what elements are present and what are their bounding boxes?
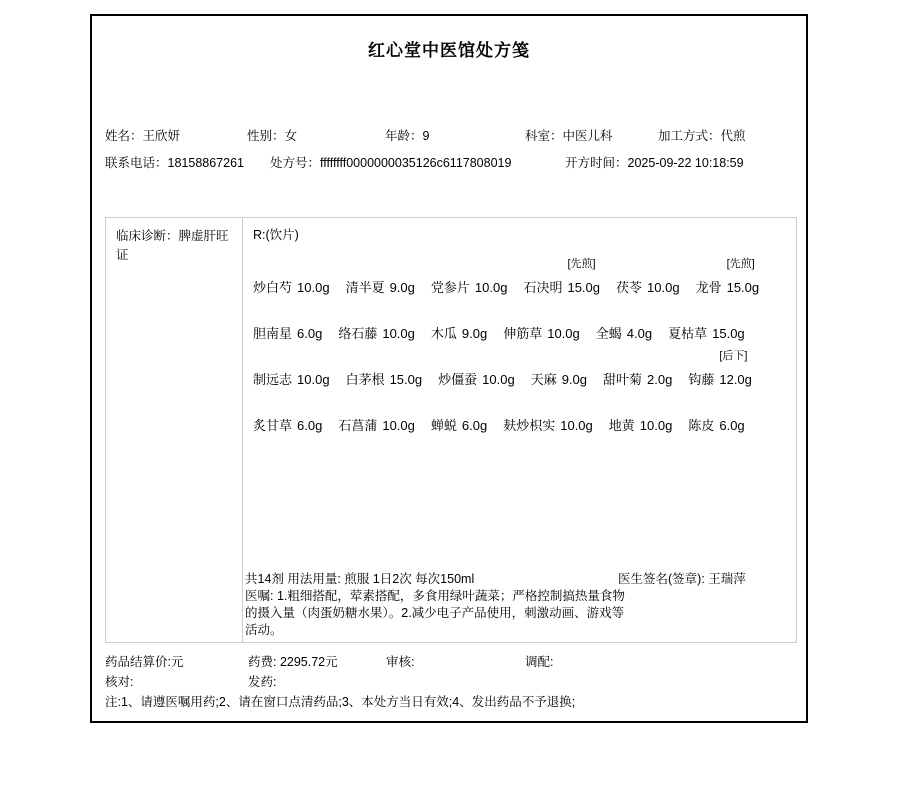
- herb-item: 陈皮6.0g: [688, 395, 744, 434]
- herb-note: [390, 349, 423, 363]
- herb-note: [297, 303, 322, 317]
- issue-time-value: 2025-09-22 10:18:59: [628, 156, 744, 170]
- rx-number-field: 处方号：ffffffff0000000035126c6117808019: [270, 153, 511, 171]
- herb-weight: 6.0g: [297, 417, 322, 434]
- herb-item: 全蝎4.0g: [596, 303, 652, 342]
- herb-note: [627, 303, 652, 317]
- herb-note: [297, 395, 322, 409]
- herb-note: [462, 395, 487, 409]
- herb-item: 胆南星6.0g: [253, 303, 322, 342]
- herb-name: 钩藤: [688, 371, 714, 388]
- herb-weight: 9.0g: [462, 325, 487, 342]
- herb-name: 胆南星: [253, 325, 292, 342]
- patient-age-label: 年龄：: [385, 129, 423, 143]
- herb-weight: 15.0g: [712, 325, 745, 342]
- phone-field: 联系电话：18158867261: [105, 153, 244, 171]
- herb-name: 甜叶菊: [603, 371, 642, 388]
- herb-weight: 10.0g: [297, 371, 330, 388]
- patient-gender-label: 性别：: [247, 129, 285, 143]
- herb-name: 清半夏: [346, 279, 385, 296]
- phone-label: 联系电话：: [105, 156, 168, 170]
- rx-number-label: 处方号：: [270, 156, 320, 170]
- herb-weight: 10.0g: [475, 279, 508, 296]
- prescription-sheet: 红心堂中医馆处方笺 姓名：王欣妍 性别：女 年龄：9 科室：中医儿科 加工方式：…: [90, 14, 808, 723]
- herb-note: [647, 257, 680, 271]
- issue-time-field: 开方时间：2025-09-22 10:18:59: [565, 153, 744, 171]
- processing-method-value: 代煎: [721, 129, 746, 143]
- herb-row: 胆南星6.0g 络石藤10.0g 木瓜9.0g 伸筋草10.0g 全蝎4.0g …: [253, 303, 796, 342]
- herb-name: 陈皮: [688, 417, 714, 434]
- herb-weight: 10.0g: [297, 279, 330, 296]
- review-field: 审核:: [386, 652, 414, 670]
- patient-gender-field: 性别：女: [247, 126, 297, 144]
- patient-gender-value: 女: [285, 129, 298, 143]
- herb-item: 地黄10.0g: [609, 395, 673, 434]
- herb-item: 蝉蜕6.0g: [431, 395, 487, 434]
- herb-weight: 15.0g: [567, 279, 600, 296]
- medical-advice: 医嘱: 1.粗细搭配，荤素搭配，多食用绿叶蔬菜；严格控制搞热量食物的摄入量（肉蛋…: [245, 588, 632, 639]
- herb-item: 炒白芍10.0g: [253, 257, 330, 296]
- herb-note: [482, 349, 515, 363]
- herb-weight: 6.0g: [297, 325, 322, 342]
- phone-value: 18158867261: [168, 156, 244, 170]
- herb-weight: 2.0g: [647, 371, 672, 388]
- issue-time-label: 开方时间：: [565, 156, 628, 170]
- settlement-price-field: 药品结算价:元: [105, 652, 183, 670]
- department-field: 科室：中医儿科: [525, 126, 613, 144]
- herb-weight: 10.0g: [647, 279, 680, 296]
- dispense-field: 调配:: [525, 652, 553, 670]
- herb-note: [712, 303, 745, 317]
- herb-note: [562, 349, 587, 363]
- herb-weight: 10.0g: [382, 417, 415, 434]
- doctor-signature: 医生签名(签章): 王瑞萍: [618, 571, 746, 588]
- herb-note: [297, 257, 330, 271]
- herb-note: [462, 303, 487, 317]
- herb-weight: 10.0g: [560, 417, 593, 434]
- herb-item: 木瓜9.0g: [431, 303, 487, 342]
- herb-weight: 9.0g: [390, 279, 415, 296]
- herb-item: 络石藤10.0g: [338, 303, 415, 342]
- page-title: 红心堂中医馆处方笺: [92, 36, 806, 61]
- herb-name: 石决明: [523, 279, 562, 296]
- herb-note: [390, 257, 415, 271]
- processing-method-label: 加工方式：: [658, 129, 721, 143]
- herb-weight: 10.0g: [482, 371, 515, 388]
- herb-name: 麸炒枳实: [503, 417, 555, 434]
- herb-weight: 6.0g: [462, 417, 487, 434]
- herb-item: 天麻9.0g: [531, 349, 587, 388]
- herb-name: 夏枯草: [668, 325, 707, 342]
- herb-item: 伸筋草10.0g: [503, 303, 580, 342]
- herb-row: 炙甘草6.0g 石菖蒲10.0g 蝉蜕6.0g 麸炒枳实10.0g 地黄10.0…: [253, 395, 796, 434]
- herb-weight: 10.0g: [640, 417, 673, 434]
- herb-note: [640, 395, 673, 409]
- herb-name: 茯苓: [616, 279, 642, 296]
- department-label: 科室：: [525, 129, 563, 143]
- prescription-table: 临床诊断：脾虚肝旺证 R:(饮片) 炒白芍10.0g 清半夏9.0g 党参片10…: [105, 217, 797, 643]
- herb-item: 夏枯草15.0g: [668, 303, 745, 342]
- herb-item: 炒僵蚕10.0g: [438, 349, 515, 388]
- herb-weight: 9.0g: [562, 371, 587, 388]
- department-value: 中医儿科: [563, 129, 613, 143]
- herb-name: 炒白芍: [253, 279, 292, 296]
- patient-age-field: 年龄：9: [385, 126, 429, 144]
- herb-item: 制远志10.0g: [253, 349, 330, 388]
- rx-header: R:(饮片): [253, 226, 796, 244]
- patient-age-value: 9: [423, 129, 430, 143]
- herb-name: 党参片: [431, 279, 470, 296]
- herb-name: 络石藤: [338, 325, 377, 342]
- herb-weight: 15.0g: [390, 371, 423, 388]
- herb-row: 制远志10.0g 白茅根15.0g 炒僵蚕10.0g 天麻9.0g 甜叶菊2.0…: [253, 349, 796, 388]
- herb-name: 木瓜: [431, 325, 457, 342]
- footer-note: 注:1、请遵医嘱用药;2、请在窗口点清药品;3、本处方当日有效;4、发出药品不予…: [105, 692, 575, 710]
- herb-item: 甜叶菊2.0g: [603, 349, 672, 388]
- dose-line: 共14剂 用法用量: 煎服 1日2次 每次150ml: [245, 572, 474, 586]
- herb-weight: 10.0g: [382, 325, 415, 342]
- patient-name-label: 姓名：: [105, 129, 143, 143]
- herb-weight: 12.0g: [719, 371, 752, 388]
- herb-name: 制远志: [253, 371, 292, 388]
- herb-note: [719, 395, 744, 409]
- herb-weight: 6.0g: [719, 417, 744, 434]
- herb-decoction-note: [先煎]: [727, 257, 760, 271]
- herb-item: 石菖蒲10.0g: [338, 395, 415, 434]
- herb-name: 天麻: [531, 371, 557, 388]
- herb-note: [297, 349, 330, 363]
- clinical-diagnosis: 临床诊断：脾虚肝旺证: [106, 218, 243, 642]
- herb-note: [560, 395, 593, 409]
- herb-note: [382, 395, 415, 409]
- herb-note: [547, 303, 580, 317]
- herb-name: 蝉蜕: [431, 417, 457, 434]
- herb-name: 白茅根: [346, 371, 385, 388]
- rx-number-value: ffffffff0000000035126c6117808019: [320, 156, 511, 170]
- herb-item: [先煎]龙骨15.0g: [696, 257, 760, 296]
- herb-item: 茯苓10.0g: [616, 257, 680, 296]
- herb-name: 石菖蒲: [338, 417, 377, 434]
- herb-weight: 4.0g: [627, 325, 652, 342]
- herb-decoction-note: [后下]: [719, 349, 752, 363]
- herb-name: 伸筋草: [503, 325, 542, 342]
- herb-item: [后下]钩藤12.0g: [688, 349, 752, 388]
- give-medicine-field: 发药:: [248, 672, 276, 690]
- dose-row: 共14剂 用法用量: 煎服 1日2次 每次150ml 医生签名(签章): 王瑞萍: [245, 571, 788, 588]
- herb-name: 龙骨: [696, 279, 722, 296]
- herb-item: 白茅根15.0g: [346, 349, 423, 388]
- herb-row: 炒白芍10.0g 清半夏9.0g 党参片10.0g [先煎]石决明15.0g 茯…: [253, 257, 796, 296]
- herb-item: [先煎]石决明15.0g: [523, 257, 600, 296]
- herb-note: [647, 349, 672, 363]
- herb-note: [475, 257, 508, 271]
- herb-item: 清半夏9.0g: [346, 257, 415, 296]
- patient-name-value: 王欣妍: [143, 129, 181, 143]
- check-field: 核对:: [105, 672, 133, 690]
- usage-section: 共14剂 用法用量: 煎服 1日2次 每次150ml 医生签名(签章): 王瑞萍…: [245, 571, 788, 639]
- herb-name: 炒僵蚕: [438, 371, 477, 388]
- patient-name-field: 姓名：王欣妍: [105, 126, 180, 144]
- prescription-body: R:(饮片) 炒白芍10.0g 清半夏9.0g 党参片10.0g [先煎]石决明…: [243, 218, 796, 642]
- herb-name: 全蝎: [596, 325, 622, 342]
- herb-decoction-note: [先煎]: [567, 257, 600, 271]
- herb-weight: 10.0g: [547, 325, 580, 342]
- herb-item: 党参片10.0g: [431, 257, 508, 296]
- medicine-fee-field: 药费: 2295.72元: [248, 652, 338, 670]
- herb-name: 炙甘草: [253, 417, 292, 434]
- herb-note: [382, 303, 415, 317]
- herb-item: 炙甘草6.0g: [253, 395, 322, 434]
- herb-name: 地黄: [609, 417, 635, 434]
- processing-method-field: 加工方式：代煎: [658, 126, 746, 144]
- herb-item: 麸炒枳实10.0g: [503, 395, 593, 434]
- herb-weight: 15.0g: [727, 279, 760, 296]
